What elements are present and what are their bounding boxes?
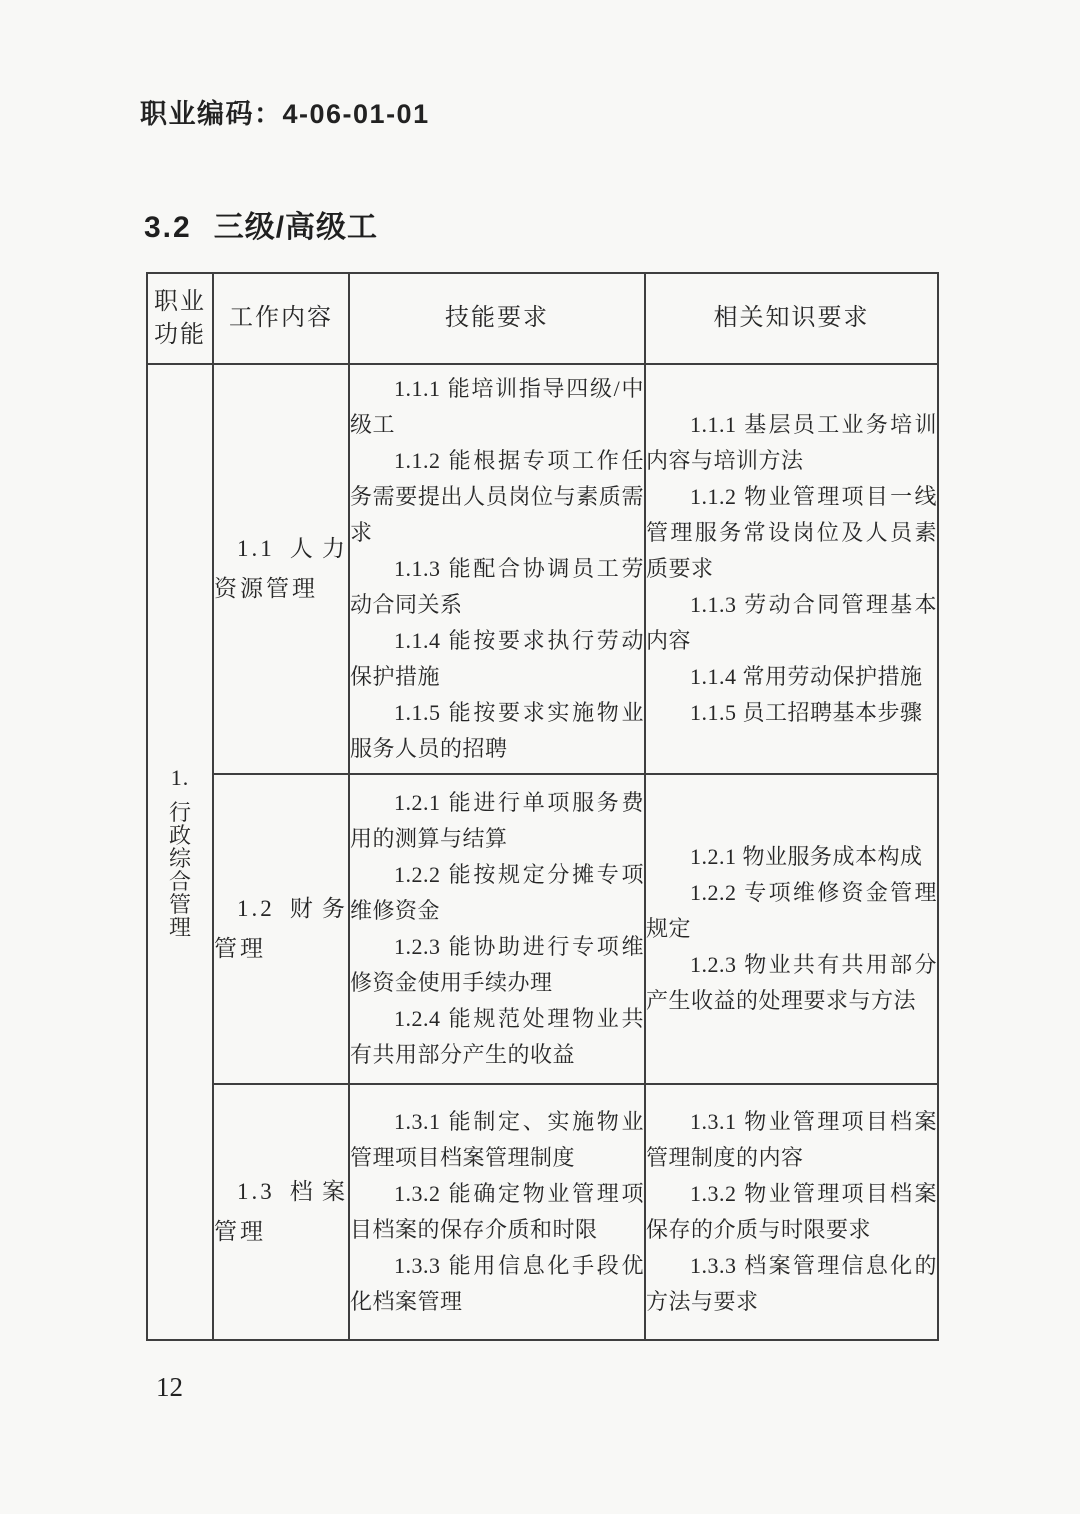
skills-cell: 1.3.1 能制定、实施物业管理项目档案管理制度1.3.2 能确定物业管理项目档…	[349, 1084, 645, 1340]
knowledge-list: 1.3.1 物业管理项目档案管理制度的内容1.3.2 物业管理项目档案保存的介质…	[646, 1104, 937, 1320]
skills-list: 1.2.1 能进行单项服务费用的测算与结算1.2.2 能按规定分摊专项维修资金1…	[350, 785, 644, 1073]
requirement-item: 1.1.5 员工招聘基本步骤	[646, 695, 937, 731]
skills-cell: 1.1.1 能培训指导四级/中级工1.1.2 能根据专项工作任务需要提出人员岗位…	[349, 364, 645, 774]
knowledge-cell: 1.2.1 物业服务成本构成1.2.2 专项维修资金管理规定1.2.3 物业共有…	[645, 774, 938, 1084]
skills-list: 1.1.1 能培训指导四级/中级工1.1.2 能根据专项工作任务需要提出人员岗位…	[350, 371, 644, 767]
requirement-item: 1.1.1 能培训指导四级/中级工	[350, 371, 644, 443]
table-row: 1.2 财务管理 1.2.1 能进行单项服务费用的测算与结算1.2.2 能按规定…	[147, 774, 938, 1084]
requirement-item: 1.3.1 能制定、实施物业管理项目档案管理制度	[350, 1104, 644, 1176]
function-name: 行政综合管理	[168, 801, 192, 939]
skills-cell: 1.2.1 能进行单项服务费用的测算与结算1.2.2 能按规定分摊专项维修资金1…	[349, 774, 645, 1084]
work-content-label: 1.1 人力资源管理	[214, 529, 348, 609]
knowledge-list: 1.1.1 基层员工业务培训内容与培训方法1.1.2 物业管理项目一线管理服务常…	[646, 407, 937, 731]
knowledge-list: 1.2.1 物业服务成本构成1.2.2 专项维修资金管理规定1.2.3 物业共有…	[646, 839, 937, 1019]
work-content-cell: 1.1 人力资源管理	[213, 364, 349, 774]
requirement-item: 1.1.4 能按要求执行劳动保护措施	[350, 623, 644, 695]
col-header-knowledge: 相关知识要求	[645, 273, 938, 364]
work-content-cell: 1.3 档案管理	[213, 1084, 349, 1340]
occupation-code: 职业编码：4-06-01-01	[140, 92, 430, 131]
requirement-item: 1.3.3 能用信息化手段优化档案管理	[350, 1248, 644, 1320]
knowledge-cell: 1.1.1 基层员工业务培训内容与培训方法1.1.2 物业管理项目一线管理服务常…	[645, 364, 938, 774]
section-name: 三级/高级工	[214, 211, 378, 244]
requirement-item: 1.1.1 基层员工业务培训内容与培训方法	[646, 407, 937, 479]
requirement-item: 1.2.1 物业服务成本构成	[646, 839, 937, 875]
requirement-item: 1.1.5 能按要求实施物业服务人员的招聘	[350, 695, 644, 767]
section-number: 3.2	[144, 211, 192, 244]
work-content-cell: 1.2 财务管理	[213, 774, 349, 1084]
requirement-item: 1.2.4 能规范处理物业共有共用部分产生的收益	[350, 1001, 644, 1073]
requirement-item: 1.2.1 能进行单项服务费用的测算与结算	[350, 785, 644, 857]
page-number: 12	[156, 1372, 183, 1403]
requirement-item: 1.1.4 常用劳动保护措施	[646, 659, 937, 695]
function-cell: 1. 行政综合管理	[147, 364, 213, 1340]
requirement-item: 1.1.2 能根据专项工作任务需要提出人员岗位与素质需求	[350, 443, 644, 551]
table-header-row: 职业功能 工作内容 技能要求 相关知识要求	[147, 273, 938, 364]
table-row: 1.3 档案管理 1.3.1 能制定、实施物业管理项目档案管理制度1.3.2 能…	[147, 1084, 938, 1340]
requirement-item: 1.3.2 物业管理项目档案保存的介质与时限要求	[646, 1176, 937, 1248]
requirement-item: 1.1.3 劳动合同管理基本内容	[646, 587, 937, 659]
col-header-work-content: 工作内容	[213, 273, 349, 364]
requirement-item: 1.1.2 物业管理项目一线管理服务常设岗位及人员素质要求	[646, 479, 937, 587]
requirement-item: 1.3.2 能确定物业管理项目档案的保存介质和时限	[350, 1176, 644, 1248]
document-page: 职业编码：4-06-01-01 3.2三级/高级工 职业功能 工作内容 技能要求…	[0, 0, 1080, 1514]
requirement-item: 1.3.1 物业管理项目档案管理制度的内容	[646, 1104, 937, 1176]
col-header-function: 职业功能	[147, 273, 213, 364]
knowledge-cell: 1.3.1 物业管理项目档案管理制度的内容1.3.2 物业管理项目档案保存的介质…	[645, 1084, 938, 1340]
requirement-item: 1.1.3 能配合协调员工劳动合同关系	[350, 551, 644, 623]
work-content-label: 1.3 档案管理	[214, 1172, 348, 1252]
requirement-item: 1.2.2 专项维修资金管理规定	[646, 875, 937, 947]
requirement-item: 1.2.3 能协助进行专项维修资金使用手续办理	[350, 929, 644, 1001]
section-title: 3.2三级/高级工	[144, 202, 378, 246]
requirement-item: 1.3.3 档案管理信息化的方法与要求	[646, 1248, 937, 1320]
function-number: 1.	[148, 765, 212, 791]
col-header-skill: 技能要求	[349, 273, 645, 364]
requirement-item: 1.2.2 能按规定分摊专项维修资金	[350, 857, 644, 929]
skills-list: 1.3.1 能制定、实施物业管理项目档案管理制度1.3.2 能确定物业管理项目档…	[350, 1104, 644, 1320]
requirement-item: 1.2.3 物业共有共用部分产生收益的处理要求与方法	[646, 947, 937, 1019]
standard-table: 职业功能 工作内容 技能要求 相关知识要求 1. 行政综合管理 1.1 人力资源…	[146, 272, 939, 1341]
table-row: 1. 行政综合管理 1.1 人力资源管理 1.1.1 能培训指导四级/中级工1.…	[147, 364, 938, 774]
work-content-label: 1.2 财务管理	[214, 889, 348, 969]
